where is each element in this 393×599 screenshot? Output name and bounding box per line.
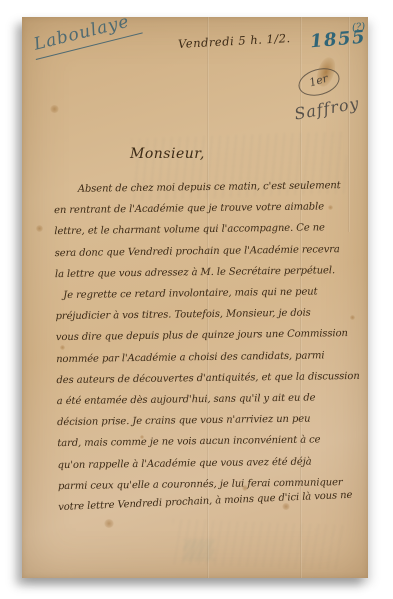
- letter-body: Absent de chez moi depuis ce matin, c'es…: [54, 175, 364, 518]
- foxing-spot: [50, 105, 59, 113]
- owner-inscription: Laboulaye: [30, 9, 143, 60]
- foxing-spot: [36, 225, 43, 232]
- page-number-mark: 1er: [295, 64, 343, 101]
- letter-photo: Laboulaye Vendredi 5 h. 1/2. 1855 (?) 1e…: [0, 0, 393, 599]
- dateline: Vendredi 5 h. 1/2.: [178, 31, 291, 51]
- letter-line: tard, mais comme je ne vois aucun inconv…: [57, 429, 362, 454]
- ghost-showthrough: [184, 539, 214, 561]
- foxing-spot: [104, 519, 114, 528]
- dealer-inscription: Saffroy: [293, 93, 361, 123]
- letter-page: Laboulaye Vendredi 5 h. 1/2. 1855 (?) 1e…: [22, 17, 368, 578]
- letter-line: des auteurs de découvertes d'antiquités,…: [56, 366, 361, 391]
- salutation: Monsieur,: [130, 146, 205, 162]
- year-qualifier: (?): [352, 21, 366, 33]
